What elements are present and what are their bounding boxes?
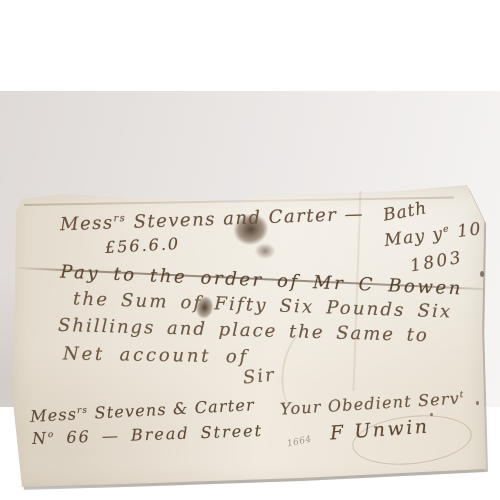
sender-name-text: Mess [30,404,78,425]
screenshot-page: Messrs Stevens and Carter — Bath £56.6.0… [0,0,500,500]
account-line: Net account of [63,343,249,367]
ink-blot-smudge [252,241,278,261]
addressee-text: Mess [60,212,114,235]
paper-speck [476,401,479,405]
date-text-rest: 10 [449,219,483,243]
sender-address-text: N [32,428,49,448]
salutation-line: Sir [242,364,277,388]
sender-name-superscript: rs [77,406,89,417]
closing-superscript: t [459,390,464,400]
amount-figures: £56.6.0 [105,234,181,257]
document-photo: Messrs Stevens and Carter — Bath £56.6.0… [0,91,500,407]
paper-speck [480,271,484,277]
paper-speck [430,413,433,416]
addressee-superscript: rs [113,213,126,224]
